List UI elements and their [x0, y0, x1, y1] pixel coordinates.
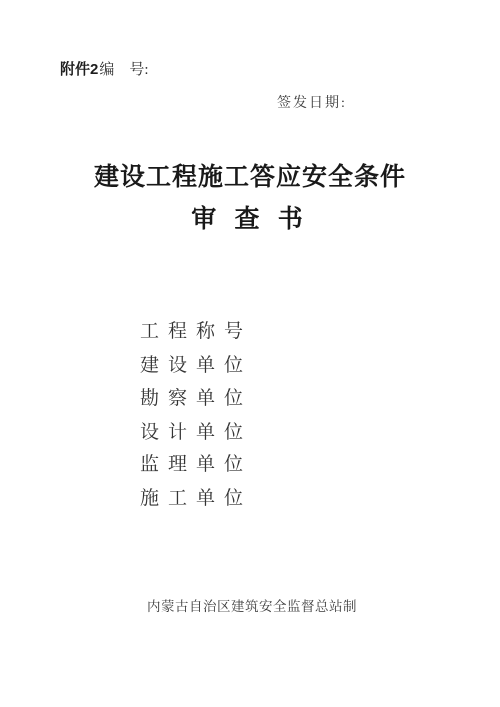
- header-row: 附件2编 号:: [60, 61, 149, 79]
- field-label-project-name: 工程称号: [140, 322, 252, 342]
- document-title-line2: 审 查 书: [0, 205, 500, 235]
- field-label-construction-owner-unit: 建设单位: [140, 356, 252, 376]
- document-page: 附件2编 号: 签发日期: 建设工程施工答应安全条件 审 查 书 工程称号 建设…: [0, 0, 500, 707]
- field-label-design-unit: 设计单位: [140, 423, 252, 443]
- field-label-supervision-unit: 监理单位: [140, 455, 252, 475]
- document-title-line1: 建设工程施工答应安全条件: [0, 163, 500, 193]
- field-label-survey-unit: 勘察单位: [140, 389, 252, 409]
- issue-date-label: 签发日期:: [277, 92, 347, 112]
- issuer-line: 内蒙古自治区建筑安全监督总站制: [0, 595, 500, 615]
- field-label-construction-unit: 施工单位: [140, 489, 252, 509]
- attachment-label: 附件2: [60, 61, 98, 78]
- number-label: 编 号:: [99, 62, 148, 78]
- document-title: 建设工程施工答应安全条件 审 查 书: [0, 163, 500, 235]
